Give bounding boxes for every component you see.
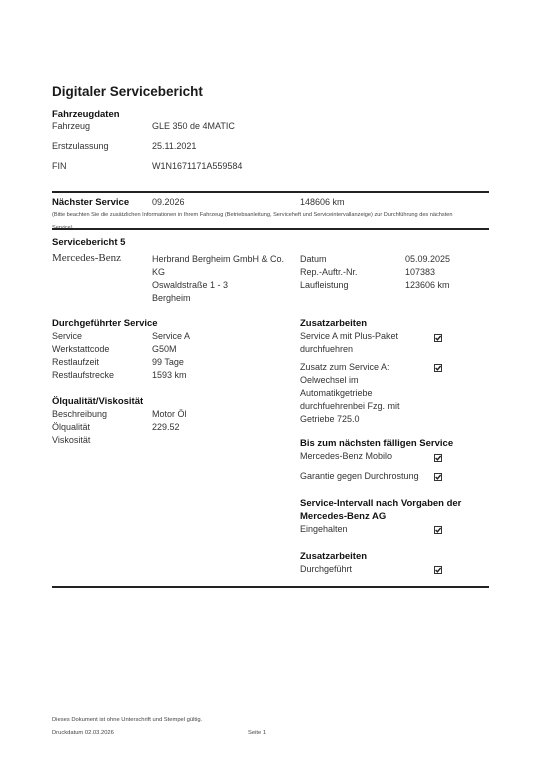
mileage-value: 123606 km bbox=[405, 280, 450, 290]
interval-kept-label: Eingehalten bbox=[300, 524, 348, 534]
transmission-oil-checkbox[interactable] bbox=[434, 364, 442, 372]
check-icon bbox=[435, 474, 441, 480]
plus-package-line1: Service A mit Plus-Paket bbox=[300, 331, 398, 341]
transmission-oil-line1: Zusatz zum Service A: bbox=[300, 362, 390, 372]
remaining-distance-label: Restlaufstrecke bbox=[52, 370, 114, 380]
service-label: Service bbox=[52, 331, 82, 341]
oil-heading: Ölqualität/Viskosität bbox=[52, 396, 143, 407]
performed-service-heading: Durchgeführter Service bbox=[52, 318, 158, 329]
dealer-name: Herbrand Bergheim GmbH & Co. bbox=[152, 254, 284, 264]
plus-package-checkbox[interactable] bbox=[434, 334, 442, 342]
check-icon bbox=[435, 527, 441, 533]
next-service-label: Nächster Service bbox=[52, 197, 129, 208]
oil-quality-value: 229.52 bbox=[152, 422, 180, 432]
vin-value: W1N1671171A559584 bbox=[152, 161, 242, 171]
divider bbox=[52, 228, 489, 230]
order-number-value: 107383 bbox=[405, 267, 435, 277]
registration-value: 25.11.2021 bbox=[152, 141, 196, 151]
report-heading: Servicebericht 5 bbox=[52, 237, 125, 248]
dealer-street: Oswaldstraße 1 - 3 bbox=[152, 280, 228, 290]
oil-description-value: Motor Öl bbox=[152, 409, 187, 419]
vehicle-label: Fahrzeug bbox=[52, 121, 90, 131]
page-number: Seite 1 bbox=[248, 730, 266, 736]
oil-description-label: Beschreibung bbox=[52, 409, 107, 419]
check-icon bbox=[435, 335, 441, 341]
rust-warranty-label: Garantie gegen Durchrostung bbox=[300, 471, 419, 481]
mobilo-label: Mercedes-Benz Mobilo bbox=[300, 451, 392, 461]
next-service-mileage: 148606 km bbox=[300, 197, 345, 207]
dealer-city: Bergheim bbox=[152, 293, 191, 303]
document-title: Digitaler Servicebericht bbox=[52, 84, 203, 99]
print-date: Druckdatum 02.03.2026 bbox=[52, 730, 114, 736]
workshop-code-label: Werkstattcode bbox=[52, 344, 109, 354]
additional-work-heading: Zusatzarbeiten bbox=[300, 318, 367, 329]
date-value: 05.09.2025 bbox=[405, 254, 450, 264]
next-service-date: 09.2026 bbox=[152, 197, 185, 207]
mobilo-checkbox[interactable] bbox=[434, 454, 442, 462]
vehicle-heading: Fahrzeugdaten bbox=[52, 109, 120, 120]
mileage-label: Laufleistung bbox=[300, 280, 349, 290]
check-icon bbox=[435, 455, 441, 461]
remaining-time-label: Restlaufzeit bbox=[52, 357, 99, 367]
next-service-note: (Bitte beachten Sie die zusätzlichen Inf… bbox=[52, 209, 462, 235]
workshop-code-value: G50M bbox=[152, 344, 177, 354]
registration-label: Erstzulassung bbox=[52, 141, 109, 151]
oil-quality-label: Ölqualität bbox=[52, 422, 90, 432]
date-label: Datum bbox=[300, 254, 327, 264]
remaining-distance-value: 1593 km bbox=[152, 370, 187, 380]
divider bbox=[52, 586, 489, 588]
service-value: Service A bbox=[152, 331, 190, 341]
performed-label: Durchgeführt bbox=[300, 564, 352, 574]
rust-warranty-checkbox[interactable] bbox=[434, 473, 442, 481]
dealer-name-cont: KG bbox=[152, 267, 165, 277]
viscosity-label: Viskosität bbox=[52, 435, 90, 445]
order-number-label: Rep.-Auftr.-Nr. bbox=[300, 267, 358, 277]
transmission-oil-line2: Oelwechsel im bbox=[300, 375, 359, 385]
transmission-oil-line4: durchfuehrenbei Fzg. mit bbox=[300, 401, 400, 411]
divider bbox=[52, 191, 489, 193]
interval-heading: Service-Intervall nach Vorgaben der bbox=[300, 498, 461, 509]
until-next-heading: Bis zum nächsten fälligen Service bbox=[300, 438, 453, 449]
brand-logo: Mercedes-Benz bbox=[52, 252, 121, 264]
interval-kept-checkbox[interactable] bbox=[434, 526, 442, 534]
check-icon bbox=[435, 567, 441, 573]
additional-work-2-heading: Zusatzarbeiten bbox=[300, 551, 367, 562]
plus-package-line2: durchfuehren bbox=[300, 344, 353, 354]
remaining-time-value: 99 Tage bbox=[152, 357, 184, 367]
check-icon bbox=[435, 365, 441, 371]
performed-checkbox[interactable] bbox=[434, 566, 442, 574]
interval-heading-cont: Mercedes-Benz AG bbox=[300, 511, 386, 522]
transmission-oil-line3: Automatikgetriebe bbox=[300, 388, 373, 398]
disclaimer: Dieses Dokument ist ohne Unterschrift un… bbox=[52, 717, 202, 723]
vin-label: FIN bbox=[52, 161, 67, 171]
vehicle-value: GLE 350 de 4MATIC bbox=[152, 121, 235, 131]
transmission-oil-line5: Getriebe 725.0 bbox=[300, 414, 360, 424]
